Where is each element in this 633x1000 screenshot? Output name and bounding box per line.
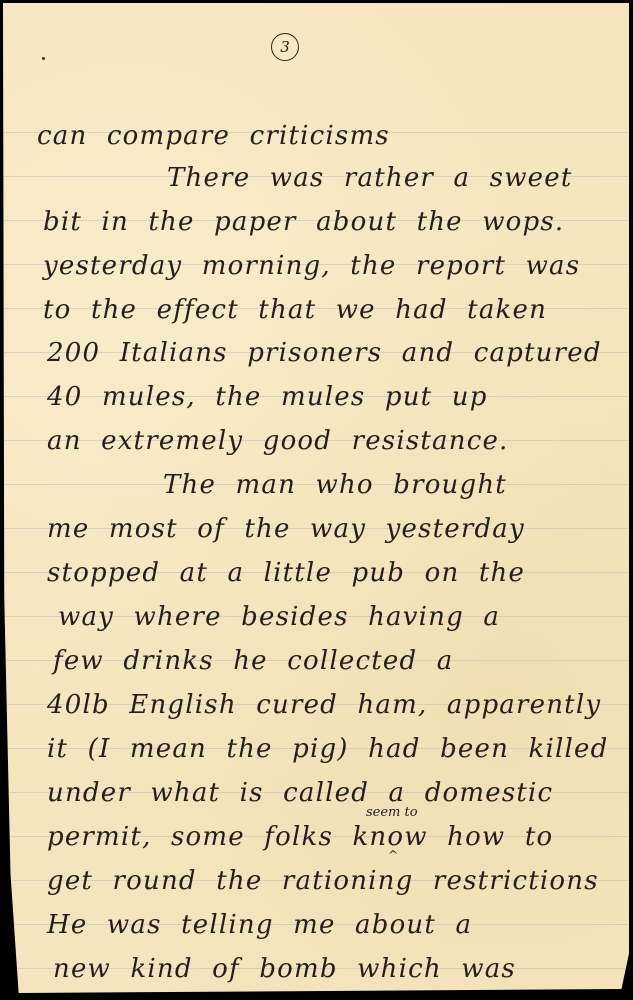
text-line: 40lb English cured ham, apparently [47,690,601,720]
text-line: He was telling me about a [47,910,472,940]
ink-speck [42,57,45,60]
text-line: can compare criticisms [37,121,390,151]
page-number: 3 [271,33,299,61]
text-line: me most of the way yesterday [47,514,525,544]
insertion-caret: ^ [388,848,398,862]
text-line: new kind of bomb which was [53,954,516,984]
letter-page: 3 can compare criticisms There was rathe… [3,3,629,993]
text-line: bit in the paper about the wops. [43,207,564,237]
text-line: stopped at a little pub on the [47,558,525,588]
text-line: get round the rationing restrictions [47,866,599,896]
text-line: it (I mean the pig) had been killed [47,734,608,764]
text-line: to the effect that we had taken [43,295,547,325]
text-line: permit, some folks know how to [47,822,553,852]
interlinear-insertion: seem to [366,805,418,820]
text-line: under what is called a domestic [47,778,553,808]
text-line: an extremely good resistance. [47,426,509,456]
text-line: There was rather a sweet [167,163,573,193]
text-line: The man who brought [163,470,507,500]
text-line: way where besides having a [58,602,500,632]
text-line: 40 mules, the mules put up [47,382,488,412]
text-line: 200 Italians prisoners and captured [47,338,602,368]
text-line: few drinks he collected a [53,646,453,676]
text-line: yesterday morning, the report was [43,251,580,281]
